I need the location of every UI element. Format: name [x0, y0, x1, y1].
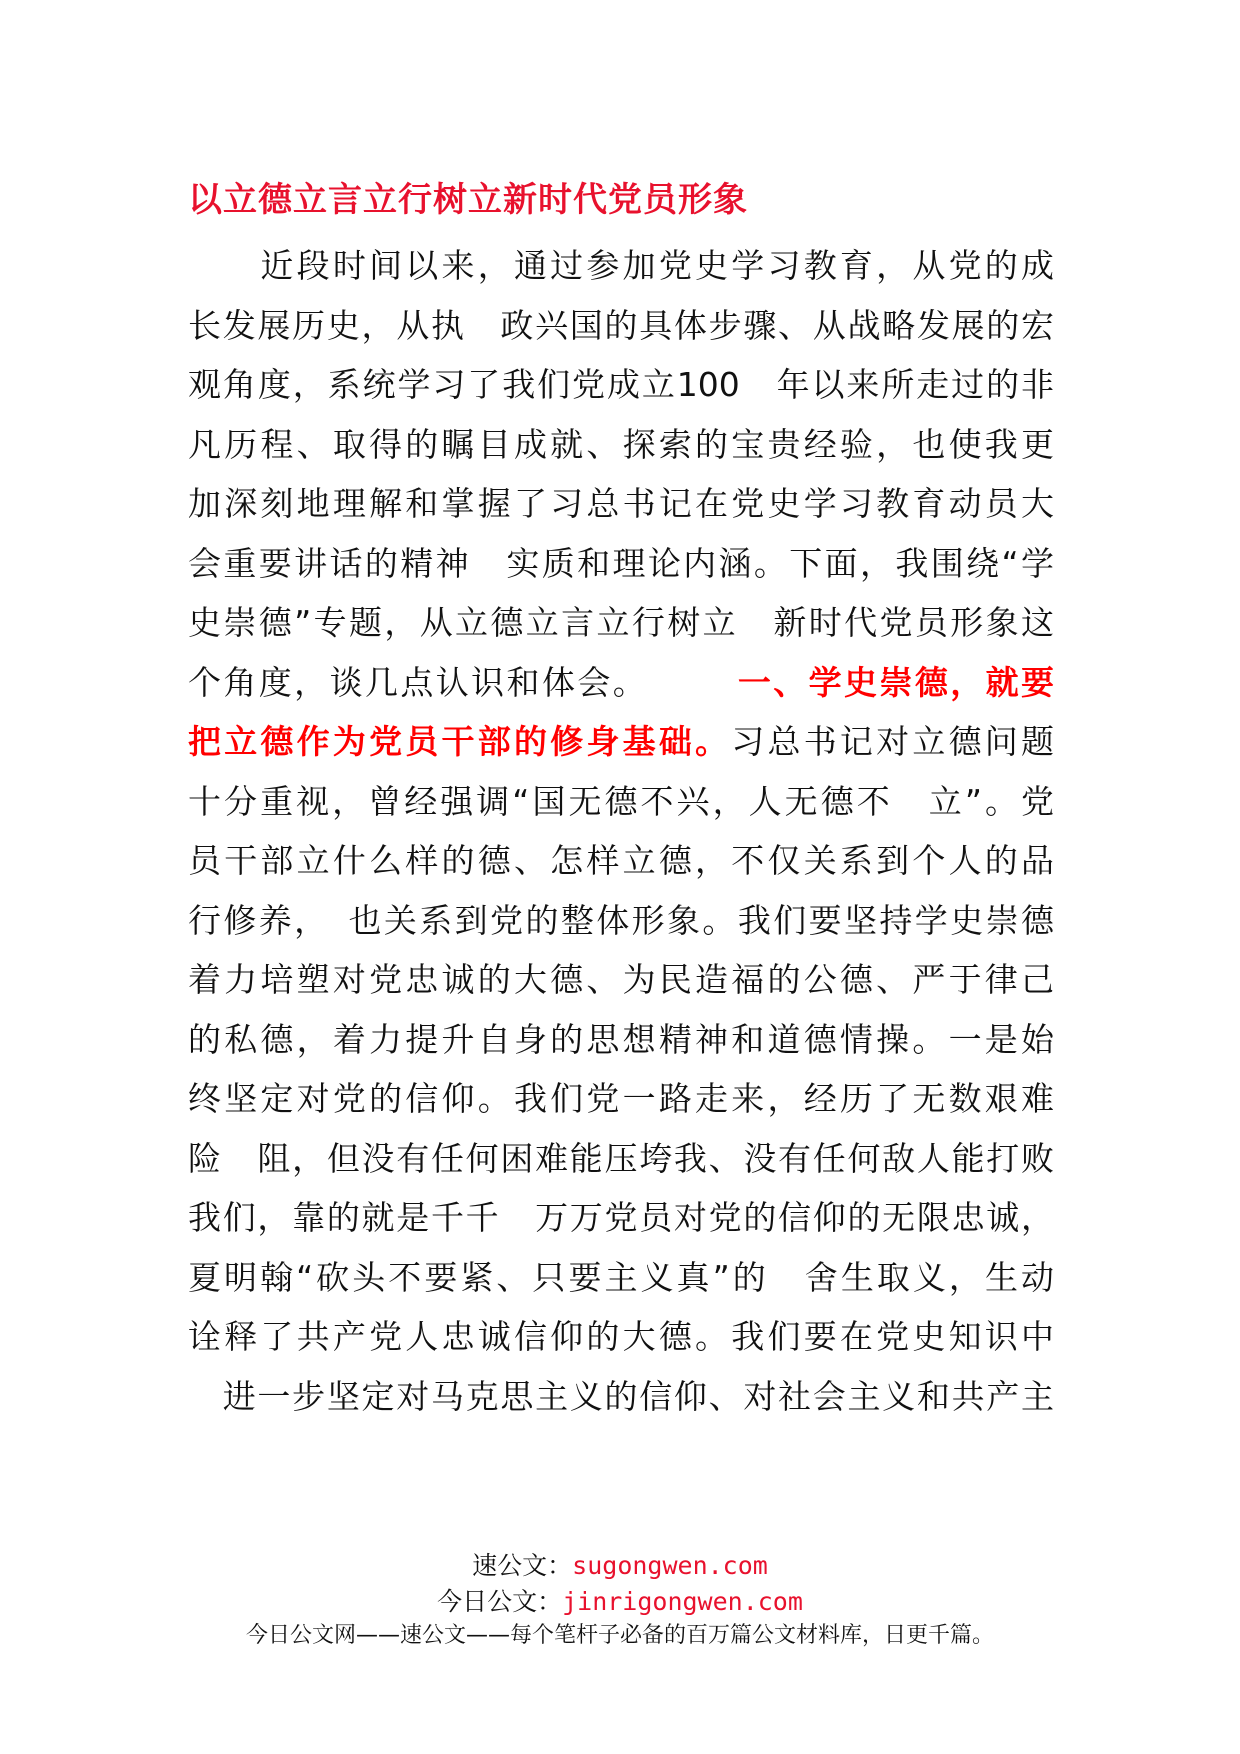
body-line: 夏明翰“砍头不要紧、只要主义真”的 舍生取义，生动: [188, 1248, 1054, 1308]
body-line: 十分重视，曾经强调“国无德不兴，人无德不 立”。党: [188, 772, 1054, 832]
body-line: 行修养， 也关系到党的整体形象。我们要坚持学史崇德: [188, 891, 1054, 951]
footer-label: 速公文：: [472, 1551, 572, 1580]
body-line: 诠释了共产党人忠诚信仰的大德。我们要在党史知识中: [188, 1307, 1054, 1367]
footer-label: 今日公文：: [437, 1587, 562, 1616]
body-line: 我们，靠的就是千千 万万党员对党的信仰的无限忠诚，: [188, 1188, 1054, 1248]
section-heading: 把立德作为党员干部的修身基础。: [188, 722, 731, 761]
body-line: 观角度，系统学习了我们党成立100 年以来所走过的非: [188, 355, 1054, 415]
body-line: 险 阻，但没有任何困难能压垮我、没有任何敌人能打败: [188, 1129, 1054, 1189]
body-line: 着力培塑对党忠诚的大德、为民造福的公德、严于律己: [188, 950, 1054, 1010]
footer-link-sugongwen[interactable]: sugongwen.com: [572, 1551, 768, 1580]
body-line: 凡历程、取得的瞩目成就、探索的宝贵经验，也使我更: [188, 415, 1054, 475]
body-line-mixed: 个角度，谈几点认识和体会。 一、学史崇德，就要: [188, 653, 1054, 713]
body-line: 近段时间以来，通过参加党史学习教育，从党的成: [188, 236, 1054, 296]
document-title: 以立德立言立行树立新时代党员形象: [188, 172, 748, 221]
body-text: 习总书记对立德问题: [731, 722, 1054, 761]
document-body: 近段时间以来，通过参加党史学习教育，从党的成 长发展历史，从执 政兴国的具体步骤…: [188, 236, 1054, 1426]
section-heading: 一、学史崇德，就要: [738, 663, 1054, 702]
body-line: 加深刻地理解和掌握了习总书记在党史学习教育动员大: [188, 474, 1054, 534]
body-line: 进一步坚定对马克思主义的信仰、对社会主义和共产主: [188, 1367, 1054, 1427]
body-line: 员干部立什么样的德、怎样立德，不仅关系到个人的品: [188, 831, 1054, 891]
body-line-mixed: 把立德作为党员干部的修身基础。习总书记对立德问题: [188, 712, 1054, 772]
footer-tagline: 今日公文网——速公文——每个笔杆子必备的百万篇公文材料库，日更千篇。: [0, 1618, 1240, 1649]
footer-link-jinrigongwen[interactable]: jinrigongwen.com: [562, 1587, 803, 1616]
body-line: 终坚定对党的信仰。我们党一路走来，经历了无数艰难: [188, 1069, 1054, 1129]
body-line: 的私德，着力提升自身的思想精神和道德情操。一是始: [188, 1010, 1054, 1070]
body-line: 史崇德”专题，从立德立言立行树立 新时代党员形象这: [188, 593, 1054, 653]
body-line: 长发展历史，从执 政兴国的具体步骤、从战略发展的宏: [188, 296, 1054, 356]
footer-sugongwen: 速公文：sugongwen.com: [0, 1546, 1240, 1582]
footer-jinrigongwen: 今日公文：jinrigongwen.com: [0, 1582, 1240, 1618]
body-text: 个角度，谈几点认识和体会。: [188, 663, 738, 702]
body-line: 会重要讲话的精神 实质和理论内涵。下面，我围绕“学: [188, 534, 1054, 594]
